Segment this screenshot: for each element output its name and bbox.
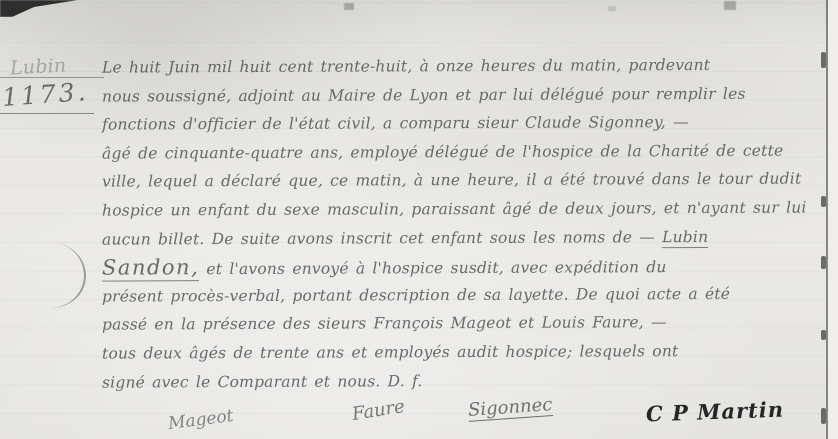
margin-bracket-flourish (10, 237, 90, 312)
act-line-8: Sandon, et l'avons envoyé à l'hospice su… (102, 251, 834, 283)
child-first-name: Lubin (662, 228, 708, 248)
act-line-7-text: aucun billet. De suite avons inscrit cet… (102, 228, 655, 248)
act-line-11: tous deux âgés de trente ans et employés… (102, 336, 834, 368)
signature-sigonnec: Sigonnec (467, 394, 553, 421)
act-line-4: âgé de cinquante-quatre ans, employé dél… (102, 136, 834, 168)
margin-act-number-underline (0, 113, 94, 114)
act-line-5: ville, lequel a déclaré que, ce matin, à… (102, 165, 834, 197)
corner-ink-smudge (0, 0, 78, 17)
registry-page-scan: Lubin 1173. Le huit Juin mil huit cent t… (0, 0, 838, 439)
signature-faure: Faure (351, 396, 406, 425)
act-line-8-text: et l'avons envoyé à l'hospice susdit, av… (206, 258, 666, 278)
act-line-1: Le huit Juin mil huit cent trente-huit, … (102, 50, 834, 82)
margin-child-name: Lubin (9, 55, 66, 80)
act-line-7: aucun billet. De suite avons inscrit cet… (102, 222, 834, 254)
act-line-6: hospice un enfant du sexe masculin, para… (102, 193, 834, 225)
margin-strike-rule (0, 77, 104, 78)
act-text-block: Le huit Juin mil huit cent trente-huit, … (102, 52, 834, 395)
signature-mageot: Mageot (167, 406, 235, 434)
act-line-3: fonctions d'officier de l'état civil, a … (102, 108, 834, 140)
act-line-9: présent procès-verbal, portant descripti… (102, 279, 834, 311)
act-line-2: nous soussigné, adjoint au Maire de Lyon… (102, 79, 834, 111)
child-surname: Sandon, (102, 255, 199, 281)
act-line-12: signé avec le Comparant et nous. D. f. (102, 365, 834, 397)
paper-blemish (724, 1, 736, 10)
paper-blemish (344, 3, 354, 10)
signature-martin: C P Martin (646, 397, 785, 427)
paper-blemish (608, 6, 616, 11)
binding-stitch-mark (821, 408, 826, 424)
margin-act-number: 1173. (1, 77, 89, 112)
act-line-10: passé en la présence des sieurs François… (102, 308, 834, 340)
